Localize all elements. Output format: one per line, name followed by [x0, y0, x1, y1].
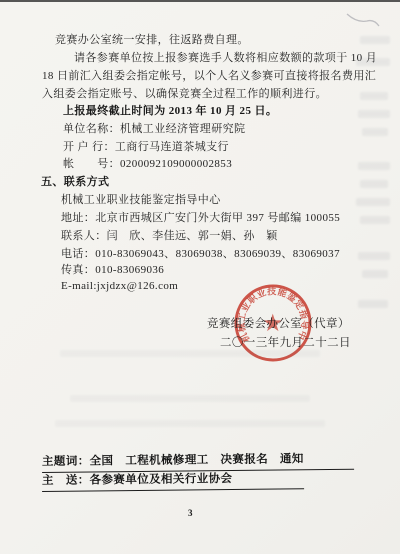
bleedthrough-artifact [60, 350, 320, 357]
footer-subject-label: 主题词： [42, 456, 90, 468]
account-unit-value: 机械工业经济管理研究院 [120, 123, 245, 135]
scan-top-edge [0, 0, 400, 2]
body-paragraph-line: 请各参赛单位按上报参赛选手人数将相应数额的款项于 10 月 [74, 52, 377, 65]
section5-heading: 五、联系方式 [41, 176, 109, 189]
bleedthrough-artifact [362, 270, 388, 278]
contact-email-value: jxjdzx@126.com [97, 280, 178, 292]
body-continuation-line: 竞赛办公室统一安排，往返路费自理。 [55, 34, 249, 47]
signature-office-line: 竞赛组委会办公室（代章） [207, 315, 350, 331]
bleedthrough-artifact [70, 395, 310, 402]
bleedthrough-artifact [356, 198, 390, 206]
contact-persons-value: 闫 欣、李佳远、郭一娟、孙 颖 [107, 230, 278, 242]
page-number: 3 [188, 508, 193, 518]
bleedthrough-artifact [358, 162, 390, 170]
contact-phone-line: 电话：010-83069043、83069038、83069039、830690… [61, 248, 340, 261]
contact-address-line: 地址：北京市西城区广安门外大街甲 397 号邮编 100055 [61, 212, 340, 225]
bleedthrough-artifact [55, 420, 325, 427]
scanned-notice-page: 竞赛办公室统一安排，往返路费自理。 请各参赛单位按上报参赛选手人数将相应数额的款… [0, 0, 400, 554]
account-bank-value: 工商行马连道茶城支行 [115, 141, 229, 153]
contact-persons-label: 联系人： [61, 230, 107, 242]
bleedthrough-artifact [362, 128, 388, 136]
contact-phone-label: 电话： [61, 248, 95, 260]
footer-copy-line: 主 送：各参赛单位及相关行业协会 [42, 469, 304, 492]
bleedthrough-artifact [356, 58, 390, 66]
pen-smudge-artifact [344, 8, 386, 30]
bleedthrough-artifact [360, 36, 390, 44]
account-unit-label: 单位名称： [63, 123, 120, 135]
account-number-line: 帐 号：0200092109000002853 [63, 158, 232, 171]
footer-copy-label: 主 送： [42, 475, 90, 487]
contact-fax-label: 传真： [61, 264, 95, 276]
bleedthrough-artifact [360, 180, 388, 188]
bleedthrough-artifact [360, 216, 390, 224]
bleedthrough-artifact [358, 110, 390, 118]
account-bank-line: 开 户 行：工商行马连道茶城支行 [63, 141, 229, 154]
bleedthrough-artifact [358, 252, 390, 260]
body-paragraph-line: 入组委会指定账号、以确保竞赛全过程工作的顺利进行。 [42, 88, 327, 101]
body-paragraph-line: 18 日前汇入组委会指定帐号，以个人名义参赛可直接将报名费用汇 [42, 70, 376, 83]
contact-fax-value: 010-83069036 [95, 264, 164, 276]
footer-subject-value: 全国 工程机械修理工 决赛报名 通知 [90, 453, 304, 467]
contact-email-line: E-mail:jxjdzx@126.com [61, 280, 178, 293]
footer-copy-value: 各参赛单位及相关行业协会 [90, 473, 233, 486]
contact-address-value: 北京市西城区广安门外大街甲 397 号邮编 100055 [95, 212, 340, 224]
contact-phone-value: 010-83069043、83069038、83069039、83069037 [95, 248, 340, 260]
account-unit-line: 单位名称：机械工业经济管理研究院 [63, 123, 245, 136]
contact-address-label: 地址： [61, 212, 95, 224]
contact-email-label: E-mail: [61, 280, 97, 292]
signature-date-line: 二〇一三年九月二十二日 [220, 334, 351, 350]
contact-org-line: 机械工业职业技能鉴定指导中心 [61, 194, 221, 207]
bleedthrough-artifact [358, 300, 388, 308]
account-bank-label: 开 户 行： [63, 141, 115, 153]
account-number-label: 帐 号： [63, 158, 120, 170]
deadline-line: 上报最终截止时间为 2013 年 10 月 25 日。 [63, 105, 277, 118]
bleedthrough-artifact [360, 92, 388, 100]
contact-persons-line: 联系人：闫 欣、李佳远、郭一娟、孙 颖 [61, 230, 278, 243]
contact-fax-line: 传真：010-83069036 [61, 264, 164, 277]
account-number-value: 0200092109000002853 [120, 158, 232, 170]
